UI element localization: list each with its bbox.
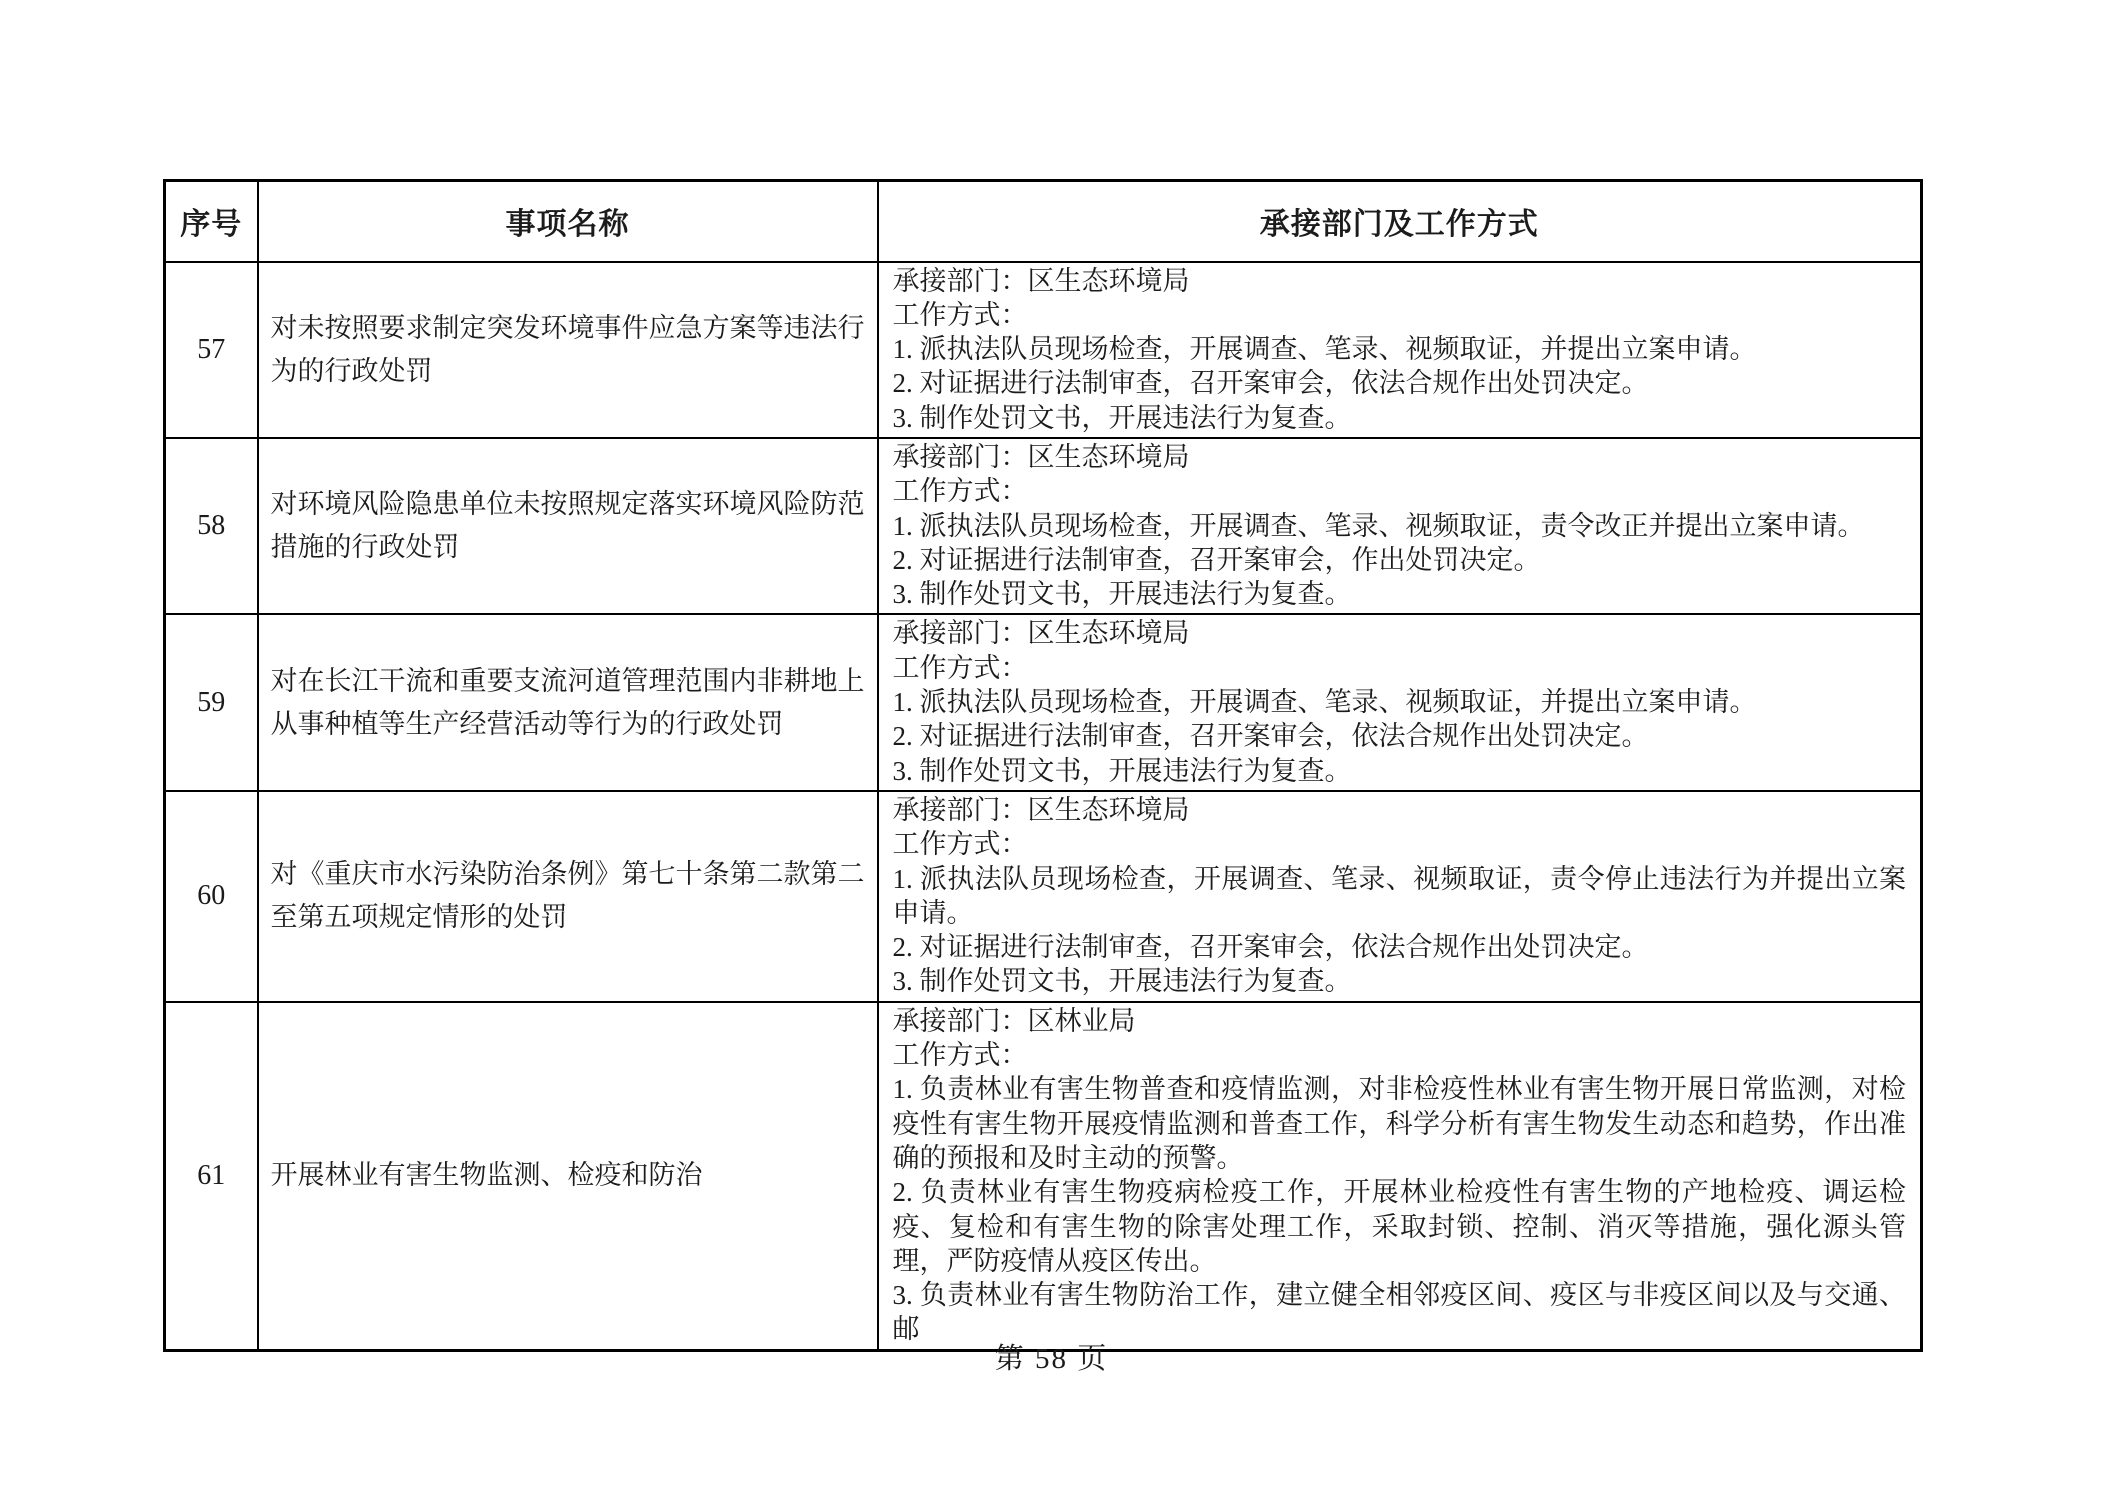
header-col-department: 承接部门及工作方式 [878,181,1922,262]
detail-paragraph: 工作方式： [893,651,1907,685]
detail-cell: 承接部门：区生态环境局工作方式：1. 派执法队员现场检查，开展调查、笔录、视频取… [878,614,1922,790]
detail-cell: 承接部门：区生态环境局工作方式：1. 派执法队员现场检查，开展调查、笔录、视频取… [878,438,1922,614]
row-number: 61 [165,1002,258,1350]
detail-paragraph: 工作方式： [893,474,1907,508]
detail-paragraph: 承接部门：区生态环境局 [893,440,1907,474]
table-row: 61 开展林业有害生物监测、检疫和防治 承接部门：区林业局工作方式：1. 负责林… [165,1002,1922,1350]
item-name: 开展林业有害生物监测、检疫和防治 [258,1002,878,1350]
detail-paragraph: 承接部门：区林业局 [893,1004,1907,1038]
item-name: 对《重庆市水污染防治条例》第七十条第二款第二至第五项规定情形的处罚 [258,791,878,1002]
detail-paragraph: 2. 对证据进行法制审查，召开案审会，依法合规作出处罚决定。 [893,366,1907,400]
detail-cell: 承接部门：区林业局工作方式：1. 负责林业有害生物普查和疫情监测，对非检疫性林业… [878,1002,1922,1350]
table-body: 57 对未按照要求制定突发环境事件应急方案等违法行为的行政处罚 承接部门：区生态… [165,262,1922,1351]
row-number: 60 [165,791,258,1002]
detail-paragraph: 2. 负责林业有害生物疫病检疫工作，开展林业检疫性有害生物的产地检疫、调运检疫、… [893,1175,1907,1278]
item-name: 对在长江干流和重要支流河道管理范围内非耕地上从事种植等生产经营活动等行为的行政处… [258,614,878,790]
item-name: 对未按照要求制定突发环境事件应急方案等违法行为的行政处罚 [258,262,878,438]
table-header: 序号 事项名称 承接部门及工作方式 [165,181,1922,262]
detail-paragraph: 2. 对证据进行法制审查，召开案审会，作出处罚决定。 [893,543,1907,577]
detail-cell: 承接部门：区生态环境局工作方式：1. 派执法队员现场检查，开展调查、笔录、视频取… [878,262,1922,438]
detail-paragraph: 1. 派执法队员现场检查，开展调查、笔录、视频取证，并提出立案申请。 [893,332,1907,366]
detail-cell: 承接部门：区生态环境局工作方式：1. 派执法队员现场检查，开展调查、笔录、视频取… [878,791,1922,1002]
table-row: 57 对未按照要求制定突发环境事件应急方案等违法行为的行政处罚 承接部门：区生态… [165,262,1922,438]
detail-paragraph: 1. 派执法队员现场检查，开展调查、笔录、视频取证，责令停止违法行为并提出立案申… [893,862,1907,931]
detail-paragraph: 1. 派执法队员现场检查，开展调查、笔录、视频取证，责令改正并提出立案申请。 [893,509,1907,543]
table-row: 60 对《重庆市水污染防治条例》第七十条第二款第二至第五项规定情形的处罚 承接部… [165,791,1922,1002]
row-number: 57 [165,262,258,438]
item-name: 对环境风险隐患单位未按照规定落实环境风险防范措施的行政处罚 [258,438,878,614]
detail-paragraph: 承接部门：区生态环境局 [893,264,1907,298]
detail-paragraph: 工作方式： [893,1038,1907,1072]
table-row: 58 对环境风险隐患单位未按照规定落实环境风险防范措施的行政处罚 承接部门：区生… [165,438,1922,614]
detail-paragraph: 承接部门：区生态环境局 [893,793,1907,827]
detail-paragraph: 3. 制作处罚文书，开展违法行为复查。 [893,401,1907,435]
table-row: 59 对在长江干流和重要支流河道管理范围内非耕地上从事种植等生产经营活动等行为的… [165,614,1922,790]
detail-paragraph: 3. 制作处罚文书，开展违法行为复查。 [893,964,1907,998]
header-col-name: 事项名称 [258,181,878,262]
page-number: 第 58 页 [0,1336,2103,1377]
detail-paragraph: 1. 派执法队员现场检查，开展调查、笔录、视频取证，并提出立案申请。 [893,685,1907,719]
items-table: 序号 事项名称 承接部门及工作方式 57 对未按照要求制定突发环境事件应急方案等… [163,179,1923,1352]
detail-paragraph: 1. 负责林业有害生物普查和疫情监测，对非检疫性林业有害生物开展日常监测，对检疫… [893,1072,1907,1175]
detail-paragraph: 工作方式： [893,827,1907,861]
row-number: 58 [165,438,258,614]
detail-paragraph: 3. 制作处罚文书，开展违法行为复查。 [893,577,1907,611]
detail-paragraph: 2. 对证据进行法制审查，召开案审会，依法合规作出处罚决定。 [893,719,1907,753]
document-page: { "page": { "footer": "第 58 页" }, "table… [0,0,2103,1486]
detail-paragraph: 2. 对证据进行法制审查，召开案审会，依法合规作出处罚决定。 [893,930,1907,964]
row-number: 59 [165,614,258,790]
detail-paragraph: 工作方式： [893,298,1907,332]
detail-paragraph: 承接部门：区生态环境局 [893,616,1907,650]
detail-paragraph: 3. 制作处罚文书，开展违法行为复查。 [893,754,1907,788]
header-col-no: 序号 [165,181,258,262]
header-row: 序号 事项名称 承接部门及工作方式 [165,181,1922,262]
